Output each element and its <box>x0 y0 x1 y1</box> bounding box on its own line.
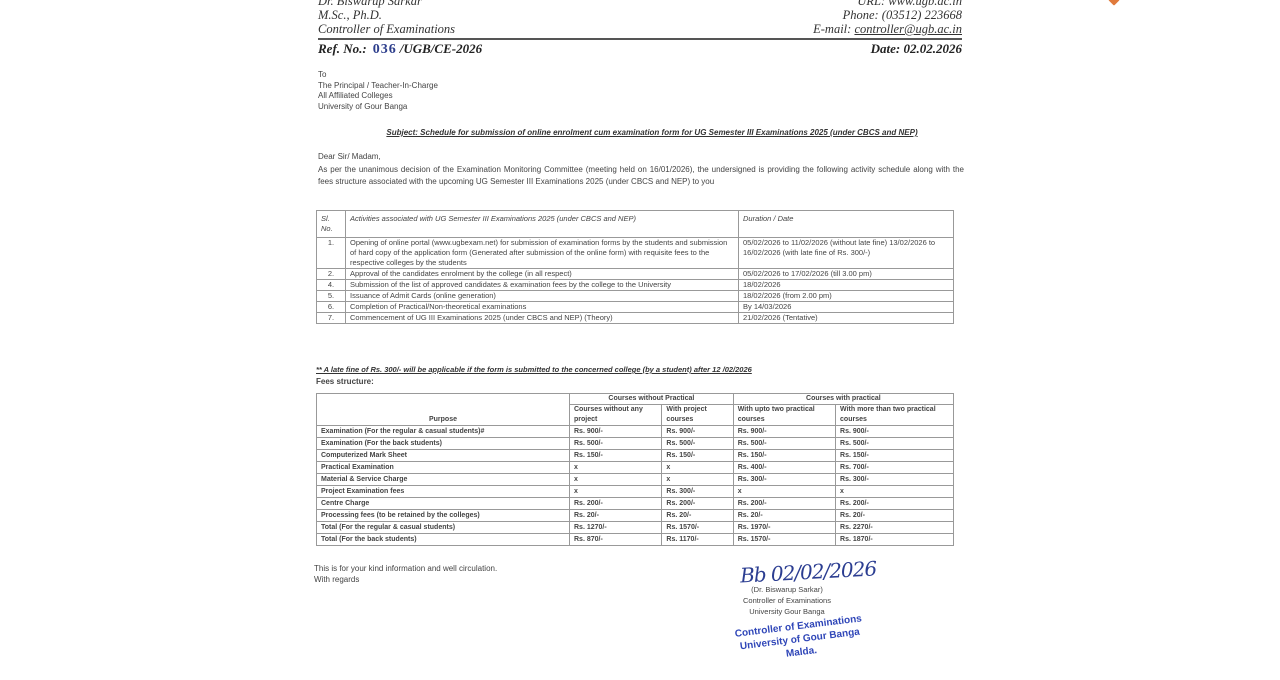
fee-purpose: Centre Charge <box>317 498 570 510</box>
col-upto-two-practical: With upto two practical courses <box>733 405 835 426</box>
fee-amount: Rs. 150/- <box>836 450 954 462</box>
fees-row: Examination (For the back students)Rs. 5… <box>317 438 954 450</box>
col-more-than-two-practical: With more than two practical courses <box>836 405 954 426</box>
sl-number: 2. <box>317 269 346 280</box>
fee-amount: Rs. 500/- <box>662 438 733 450</box>
closing-regards: With regards <box>314 574 497 585</box>
fee-purpose: Project Examination fees <box>317 486 570 498</box>
fee-amount: Rs. 870/- <box>570 534 662 546</box>
fee-amount: Rs. 900/- <box>570 426 662 438</box>
activity-cell: Approval of the candidates enrolment by … <box>346 269 739 280</box>
fee-amount: Rs. 1870/- <box>836 534 954 546</box>
ref-suffix: /UGB/CE-2026 <box>400 41 482 56</box>
letter-date: Date: 02.02.2026 <box>871 41 962 57</box>
fees-row: Project Examination feesxRs. 300/-xx <box>317 486 954 498</box>
address-line: University of Gour Banga <box>318 102 438 113</box>
fee-amount: Rs. 400/- <box>733 462 835 474</box>
fees-row: Processing fees (to be retained by the c… <box>317 510 954 522</box>
group-without-practical: Courses without Practical <box>570 394 734 405</box>
fee-amount: Rs. 900/- <box>733 426 835 438</box>
salutation: Dear Sir/ Madam, <box>318 151 964 164</box>
activity-cell: Issuance of Admit Cards (online generati… <box>346 291 739 302</box>
fee-amount: Rs. 2270/- <box>836 522 954 534</box>
late-fine-note: ** A late fine of Rs. 300/- will be appl… <box>316 365 752 374</box>
fee-amount: Rs. 200/- <box>733 498 835 510</box>
group-with-practical: Courses with practical <box>733 394 953 405</box>
schedule-row: 2.Approval of the candidates enrolment b… <box>317 269 954 280</box>
fee-amount: Rs. 1270/- <box>570 522 662 534</box>
fee-purpose: Total (For the regular & casual students… <box>317 522 570 534</box>
fee-amount: Rs. 1170/- <box>662 534 733 546</box>
fee-amount: Rs. 700/- <box>836 462 954 474</box>
letterhead-left: Dr. Biswarup Sarkar M.Sc., Ph.D. Control… <box>318 0 455 36</box>
address-line: The Principal / Teacher-In-Charge <box>318 81 438 92</box>
ref-number: 036 <box>373 42 397 57</box>
fee-amount: Rs. 500/- <box>733 438 835 450</box>
fee-amount: Rs. 20/- <box>662 510 733 522</box>
col-activity: Activities associated with UG Semester I… <box>346 211 739 238</box>
date-cell: 21/02/2026 (Tentative) <box>739 313 954 324</box>
fee-purpose: Examination (For the back students) <box>317 438 570 450</box>
date-cell: 05/02/2026 to 17/02/2026 (till 3.00 pm) <box>739 269 954 280</box>
fee-amount: Rs. 150/- <box>570 450 662 462</box>
fee-amount: x <box>570 462 662 474</box>
sl-number: 1. <box>317 238 346 269</box>
letterhead-email: E-mail: controller@ugb.ac.in <box>813 22 962 36</box>
activity-cell: Completion of Practical/Non-theoretical … <box>346 302 739 313</box>
letterhead-url: URL: www.ugb.ac.in <box>813 0 962 8</box>
fee-amount: Rs. 200/- <box>836 498 954 510</box>
fee-amount: x <box>733 486 835 498</box>
officer-degree: M.Sc., Ph.D. <box>318 8 455 22</box>
fee-amount: Rs. 150/- <box>733 450 835 462</box>
col-date: Duration / Date <box>739 211 954 238</box>
sl-number: 5. <box>317 291 346 302</box>
col-purpose: Purpose <box>317 394 570 426</box>
fee-purpose: Processing fees (to be retained by the c… <box>317 510 570 522</box>
signature-block: Bb 02/02/2026 (Dr. Biswarup Sarkar) Cont… <box>730 560 930 617</box>
schedule-row: 7.Commencement of UG III Examinations 20… <box>317 313 954 324</box>
fee-purpose: Material & Service Charge <box>317 474 570 486</box>
fees-structure-label: Fees structure: <box>316 377 374 386</box>
notice-document: Dr. Biswarup Sarkar M.Sc., Ph.D. Control… <box>300 0 980 680</box>
date-cell: 05/02/2026 to 11/02/2026 (without late f… <box>739 238 954 269</box>
fee-amount: Rs. 1570/- <box>662 522 733 534</box>
fee-amount: Rs. 200/- <box>662 498 733 510</box>
fee-amount: Rs. 150/- <box>662 450 733 462</box>
schedule-row: 4.Submission of the list of approved can… <box>317 280 954 291</box>
fee-amount: x <box>570 474 662 486</box>
fee-amount: Rs. 20/- <box>733 510 835 522</box>
fees-group-row: Purpose Courses without Practical Course… <box>317 394 954 405</box>
date-cell: By 14/03/2026 <box>739 302 954 313</box>
fee-amount: Rs. 1970/- <box>733 522 835 534</box>
fees-row: Practical ExaminationxxRs. 400/-Rs. 700/… <box>317 462 954 474</box>
signatory-title: Controller of Examinations <box>712 595 862 606</box>
fees-row: Material & Service ChargexxRs. 300/-Rs. … <box>317 474 954 486</box>
col-sl-no: Sl. No. <box>317 211 346 238</box>
closing-line: This is for your kind information and we… <box>314 563 497 574</box>
address-line: To <box>318 70 438 81</box>
schedule-table: Sl. No. Activities associated with UG Se… <box>316 210 954 324</box>
schedule-row: 5.Issuance of Admit Cards (online genera… <box>317 291 954 302</box>
fee-amount: x <box>836 486 954 498</box>
official-stamp: Controller of Examinations University of… <box>734 612 866 666</box>
recipient-address: To The Principal / Teacher-In-Charge All… <box>318 70 438 112</box>
fee-purpose: Computerized Mark Sheet <box>317 450 570 462</box>
col-without-project: Courses without any project <box>570 405 662 426</box>
fee-amount: Rs. 20/- <box>570 510 662 522</box>
fee-amount: Rs. 300/- <box>662 486 733 498</box>
letterhead-right: URL: www.ugb.ac.in Phone: (03512) 223668… <box>813 0 962 36</box>
activity-cell: Submission of the list of approved candi… <box>346 280 739 291</box>
fee-amount: x <box>662 474 733 486</box>
fee-amount: Rs. 900/- <box>836 426 954 438</box>
fee-amount: Rs. 300/- <box>733 474 835 486</box>
sl-number: 7. <box>317 313 346 324</box>
fee-amount: Rs. 300/- <box>836 474 954 486</box>
fee-purpose: Examination (For the regular & casual st… <box>317 426 570 438</box>
activity-cell: Commencement of UG III Examinations 2025… <box>346 313 739 324</box>
officer-title: Controller of Examinations <box>318 22 455 36</box>
fees-row: Computerized Mark SheetRs. 150/-Rs. 150/… <box>317 450 954 462</box>
fee-amount: Rs. 1570/- <box>733 534 835 546</box>
email-label: E-mail: <box>813 22 854 36</box>
letterhead-phone: Phone: (03512) 223668 <box>813 8 962 22</box>
fees-table: Purpose Courses without Practical Course… <box>316 393 954 546</box>
email-link[interactable]: controller@ugb.ac.in <box>854 22 962 36</box>
fee-amount: Rs. 20/- <box>836 510 954 522</box>
fee-amount: Rs. 900/- <box>662 426 733 438</box>
intro-paragraph: As per the unanimous decision of the Exa… <box>318 164 964 189</box>
letter-body: Dear Sir/ Madam, As per the unanimous de… <box>318 151 964 189</box>
fees-row: Centre ChargeRs. 200/-Rs. 200/-Rs. 200/-… <box>317 498 954 510</box>
fee-amount: Rs. 200/- <box>570 498 662 510</box>
fees-row: Total (For the regular & casual students… <box>317 522 954 534</box>
date-cell: 18/02/2026 <box>739 280 954 291</box>
signatory-name: (Dr. Biswarup Sarkar) <box>712 584 862 595</box>
subject-line: Subject: Schedule for submission of onli… <box>340 128 964 139</box>
col-with-project: With project courses <box>662 405 733 426</box>
fee-purpose: Practical Examination <box>317 462 570 474</box>
schedule-row: 1.Opening of online portal (www.ugbexam.… <box>317 238 954 269</box>
fee-purpose: Total (For the back students) <box>317 534 570 546</box>
fee-amount: x <box>570 486 662 498</box>
activity-cell: Opening of online portal (www.ugbexam.ne… <box>346 238 739 269</box>
orange-marker-icon <box>1108 0 1119 6</box>
schedule-header-row: Sl. No. Activities associated with UG Se… <box>317 211 954 238</box>
closing-text: This is for your kind information and we… <box>314 563 497 585</box>
schedule-row: 6.Completion of Practical/Non-theoretica… <box>317 302 954 313</box>
sl-number: 4. <box>317 280 346 291</box>
ref-label: Ref. No.: <box>318 41 367 56</box>
fees-row: Total (For the back students)Rs. 870/-Rs… <box>317 534 954 546</box>
fee-amount: Rs. 500/- <box>570 438 662 450</box>
date-cell: 18/02/2026 (from 2.00 pm) <box>739 291 954 302</box>
address-line: All Affiliated Colleges <box>318 91 438 102</box>
fee-amount: x <box>662 462 733 474</box>
sl-number: 6. <box>317 302 346 313</box>
reference-row: Ref. No.:036/UGB/CE-2026 Date: 02.02.202… <box>318 41 962 58</box>
fee-amount: Rs. 500/- <box>836 438 954 450</box>
fees-row: Examination (For the regular & casual st… <box>317 426 954 438</box>
officer-name: Dr. Biswarup Sarkar <box>318 0 455 8</box>
header-divider <box>318 38 962 40</box>
handwritten-signature: Bb 02/02/2026 <box>739 556 876 587</box>
